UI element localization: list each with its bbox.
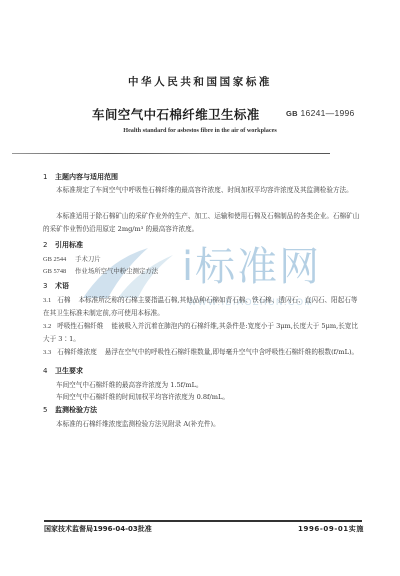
implementation-date: 1996-09-01实施 xyxy=(298,524,364,534)
section-title: 监测检验方法 xyxy=(55,406,97,414)
gb-prefix: GB xyxy=(286,109,298,118)
reference-code: GB 5748 xyxy=(43,268,73,275)
watermark-text: i标准网 xyxy=(182,235,321,292)
section-1-paragraph-2: 本标准适用于除石棉矿山的采矿作业外的生产、加工、运输和使用石棉及石棉制品的各类企… xyxy=(43,210,363,236)
section-number: 5 xyxy=(43,406,55,414)
term-number: 3.3 xyxy=(43,349,51,356)
section-5-paragraph-1: 本标准的石棉纤维浓度监测检验方法见附录 A(补充件)。 xyxy=(43,418,363,431)
section-1-paragraph-1: 本标准规定了车间空气中呼吸性石棉纤维的最高容许浓度、时间加权平均容许浓度及其监测… xyxy=(43,184,363,197)
reference-item: GB 5748 作业场所空气中粉尘测定方法 xyxy=(43,266,158,275)
section-5-heading: 5监测检验方法 xyxy=(43,405,97,415)
term-3-1: 3.1石棉本标准所泛称的石棉主要指温石棉,其他品种石棉如青石棉、铁石棉、透闪石、… xyxy=(43,294,363,320)
section-number: 1 xyxy=(43,173,55,181)
section-3-heading: 3术语 xyxy=(43,281,69,291)
section-4-paragraph-2: 车间空气中石棉纤维的时间加权平均容许浓度为 0.8f/mL。 xyxy=(43,391,363,404)
term-number: 3.2 xyxy=(43,323,51,330)
term-3-3: 3.3石棉纤维浓度悬浮在空气中的呼吸性石棉纤维数量,即每毫升空气中含呼吸性石棉纤… xyxy=(43,346,363,359)
section-number: 2 xyxy=(43,241,55,249)
reference-name: 作业场所空气中粉尘测定方法 xyxy=(75,267,158,275)
term-name: 呼吸性石棉纤维 xyxy=(57,320,103,333)
section-title: 卫生要求 xyxy=(55,367,83,375)
section-title: 术语 xyxy=(55,282,69,290)
term-number: 3.1 xyxy=(43,297,51,304)
term-name: 石棉纤维浓度 xyxy=(57,346,97,359)
section-1-heading: 1主题内容与适用范围 xyxy=(43,172,118,182)
section-title: 主题内容与适用范围 xyxy=(55,173,118,181)
section-number: 4 xyxy=(43,367,55,375)
reference-name: 手术刀片 xyxy=(75,255,101,263)
reference-code: GB 2544 xyxy=(43,256,73,263)
gb-number: 16241—1996 xyxy=(301,108,355,118)
english-title: Health standard for asbestos fibre in th… xyxy=(0,127,400,134)
section-2-heading: 2引用标准 xyxy=(43,240,83,250)
approval-date: 国家技术监督局1996-04-03批准 xyxy=(44,524,152,534)
footer-divider xyxy=(44,520,362,522)
section-number: 3 xyxy=(43,282,55,290)
reference-item: GB 2544 手术刀片 xyxy=(43,254,101,263)
document-title: 车间空气中石棉纤维卫生标准 xyxy=(92,105,260,123)
header-divider xyxy=(12,153,330,154)
term-name: 石棉 xyxy=(57,294,70,307)
term-definition: 悬浮在空气中的呼吸性石棉纤维数量,即每毫升空气中含呼吸性石棉纤维的根数(f/mL… xyxy=(105,348,358,356)
section-4-heading: 4卫生要求 xyxy=(43,366,83,376)
term-definition: 本标准所泛称的石棉主要指温石棉,其他品种石棉如青石棉、铁石棉、透闪石、直闪石、阳… xyxy=(43,296,357,317)
section-title: 引用标准 xyxy=(55,241,83,249)
standard-number: GB 16241—1996 xyxy=(286,108,355,118)
term-3-2: 3.2呼吸性石棉纤维能被吸入并沉着在肺泡内的石棉纤维,其条件是:宽度小于 3μm… xyxy=(43,320,363,346)
national-standard-label: 中华人民共和国国家标准 xyxy=(0,74,400,89)
